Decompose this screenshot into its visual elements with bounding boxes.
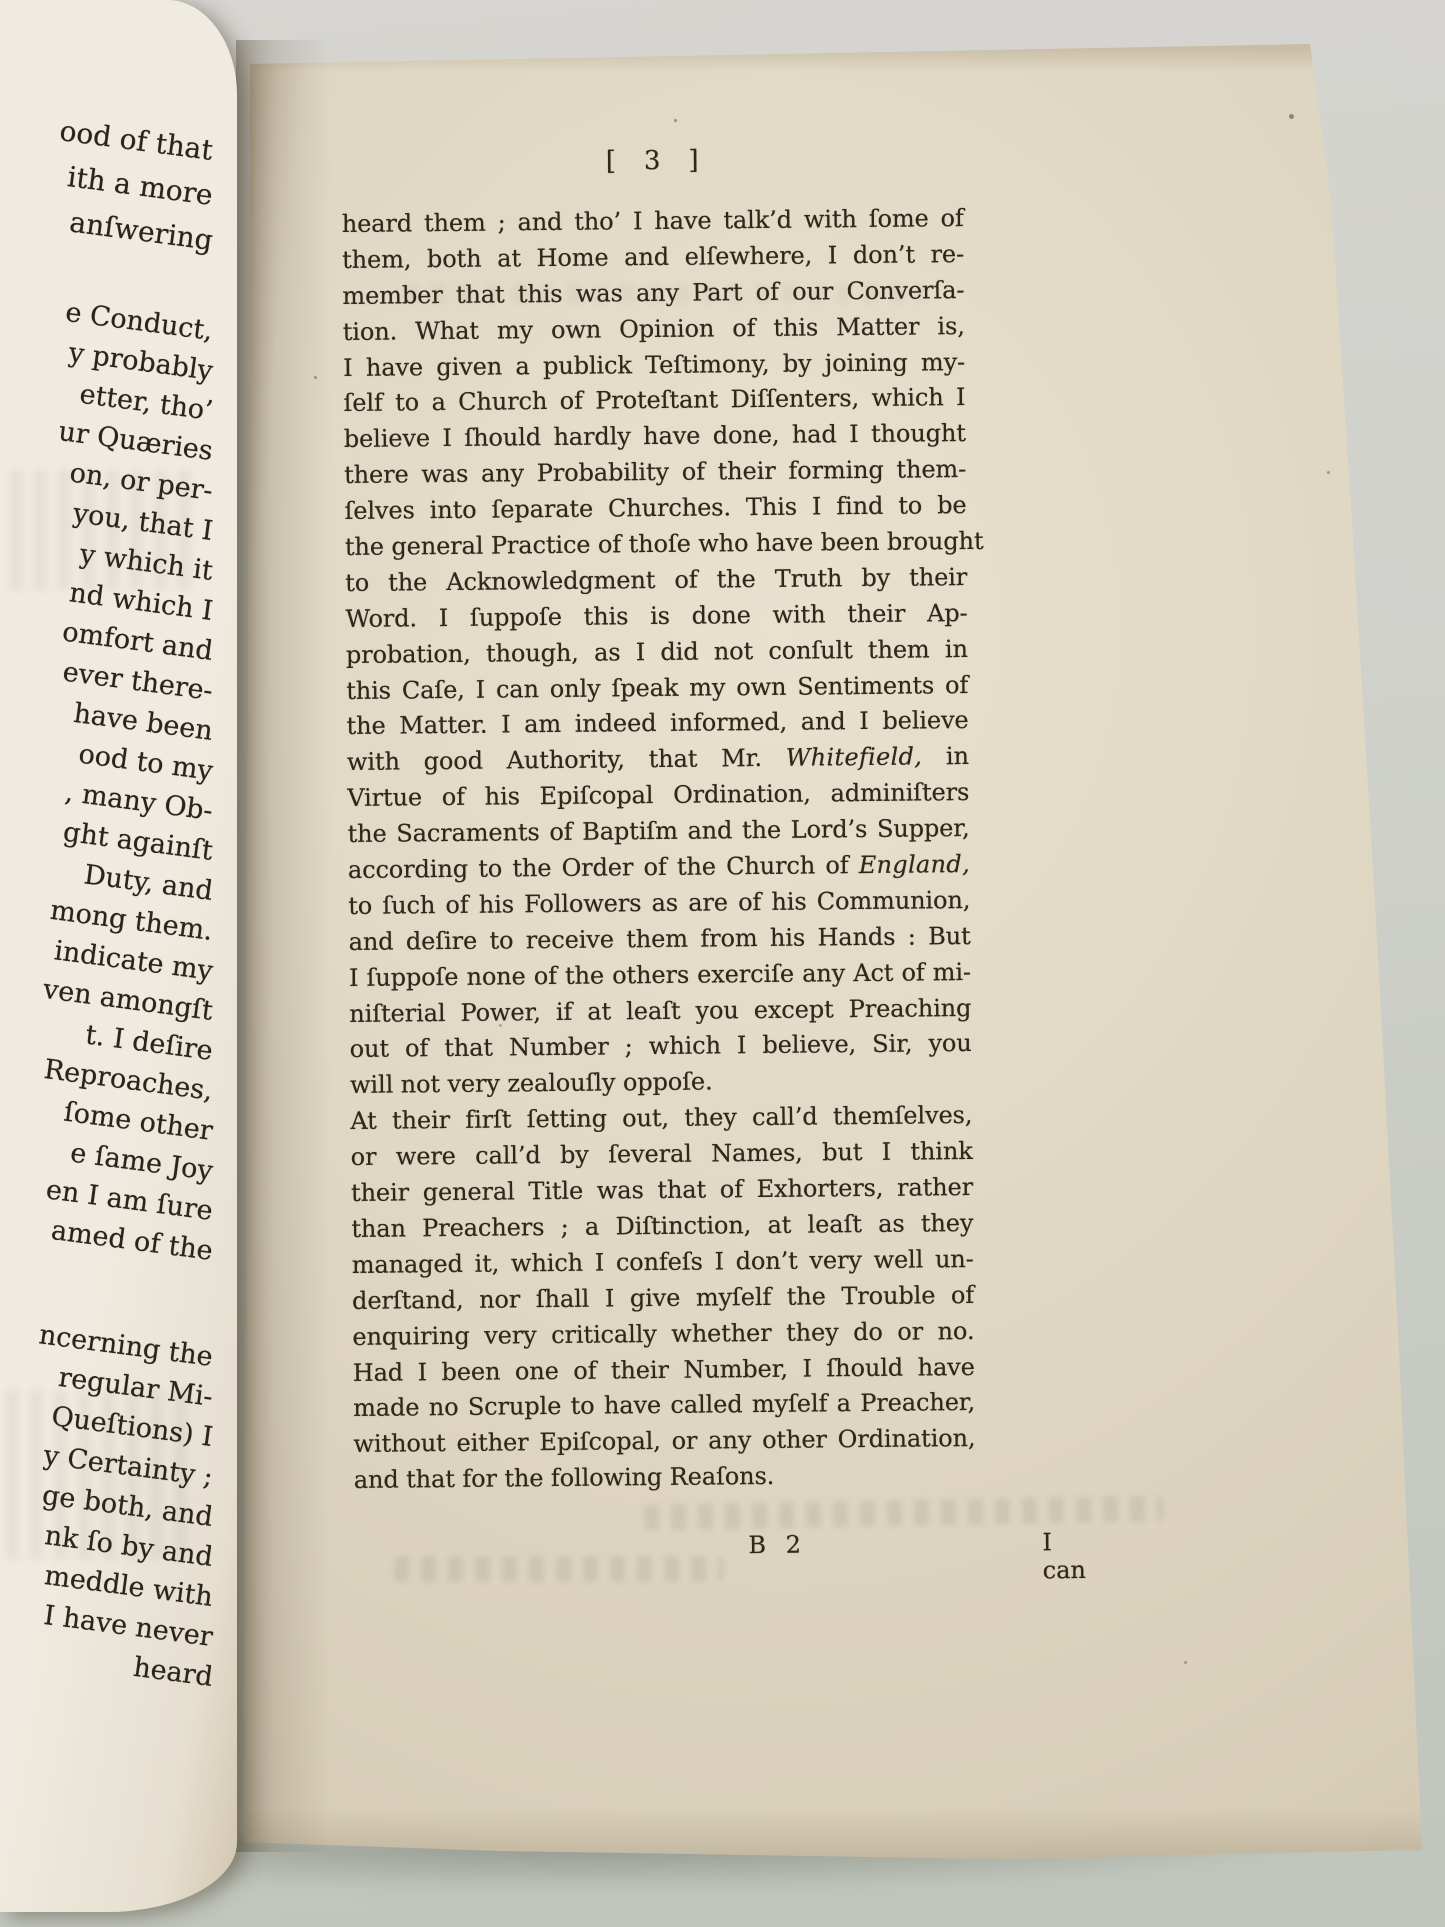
right-page: [3] heard them ; and tho’ I have talk’d … xyxy=(244,44,1428,1866)
text-line: this Caſe, I can only ſpeak my own Senti… xyxy=(346,668,968,710)
text-line: the Sacraments of Baptiſm and the Lord’s… xyxy=(347,811,969,853)
text-line: out of that Number ; which I believe, Si… xyxy=(350,1026,972,1068)
paragraph-2: At their firſt ſetting out, they call’d … xyxy=(350,1098,975,1463)
text-line: or were call’d by ſeveral Names, but I t… xyxy=(351,1134,973,1176)
page-number-value: 3 xyxy=(630,146,675,176)
left-fragments-middle: e Conduct, y probably etter, tho’ ur Quæ… xyxy=(0,312,212,1272)
page-number: [3] xyxy=(341,138,963,184)
text-line: there was any Probability of their formi… xyxy=(344,452,966,494)
left-page: ood of that ith a more anſwering e Condu… xyxy=(0,0,237,1912)
text-line: ſelf to a Church of Proteſtant Diſſenter… xyxy=(343,380,965,422)
text-line: At their firſt ſetting out, they call’d … xyxy=(350,1098,972,1140)
text-line: will not very zealouſly oppoſe. xyxy=(350,1062,972,1104)
text-line: the Matter. I am indeed informed, and I … xyxy=(346,703,968,745)
text-line: and deſire to receive them from his Hand… xyxy=(348,919,970,961)
text-line: probation, though, as I did not conſult … xyxy=(346,632,968,674)
text-line: Had I been one of their Number, I ſhould… xyxy=(353,1349,975,1391)
left-fragments-top: ood of that ith a more anſwering xyxy=(0,128,212,263)
text-line: to ſuch of his Followers as are of his C… xyxy=(348,883,970,925)
page-footer: B 2 I can xyxy=(354,1529,976,1575)
left-fragments-bottom: ncerning the regular Mi- Queſtions) I y … xyxy=(0,1338,212,1698)
text-line: to the Acknowledgment of the Truth by th… xyxy=(345,560,967,602)
text-line: Virtue of his Epiſcopal Ordination, admi… xyxy=(347,775,969,817)
text-line: Word. I ſuppoſe this is done with their … xyxy=(345,596,967,638)
text-line: heard them ; and tho’ I have talk’d with… xyxy=(342,201,964,243)
catchword: I can xyxy=(1042,1528,1086,1584)
text-line: made no Scruple to have called myſelf a … xyxy=(353,1385,975,1427)
page-number-close-bracket: ] xyxy=(674,145,712,175)
text-line: derſtand, nor ſhall I give myſelf the Tr… xyxy=(352,1278,974,1320)
text-line: enquiring very critically whether they d… xyxy=(352,1314,974,1356)
right-page-text: [3] heard them ; and tho’ I have talk’d … xyxy=(341,138,995,1575)
text-line: and that for the following Reaſons. xyxy=(354,1457,976,1499)
text-line: member that this was any Part of our Con… xyxy=(342,273,964,315)
signature-mark: B 2 xyxy=(748,1531,807,1560)
text-line: with good Authority, that Mr. Whitefield… xyxy=(347,739,969,781)
text-line: them, both at Home and elſewhere, I don’… xyxy=(342,237,964,279)
text-line: without either Epiſcopal, or any other O… xyxy=(353,1421,975,1463)
text-line: I have given a publick Teſtimony, by joi… xyxy=(343,345,965,387)
text-line: than Preachers ; a Diſtinction, at leaſt… xyxy=(351,1206,973,1248)
page-number-open-bracket: [ xyxy=(592,146,630,176)
text-line: tion. What my own Opinion of this Matter… xyxy=(343,309,965,351)
paragraph-1: heard them ; and tho’ I have talk’d with… xyxy=(342,201,972,1068)
gutter-shadow xyxy=(236,40,332,1852)
text-line: I ſuppoſe none of the others exerciſe an… xyxy=(349,955,971,997)
text-line: believe I ſhould hardly have done, had I… xyxy=(344,416,966,458)
text-line: ſelves into ſeparate Churches. This I fi… xyxy=(344,488,966,530)
text-line: their general Title was that of Exhorter… xyxy=(351,1170,973,1212)
text-line: niſterial Power, if at leaſt you except … xyxy=(349,991,971,1033)
book-photo: [3] heard them ; and tho’ I have talk’d … xyxy=(0,0,1445,1927)
text-line: according to the Order of the Church of … xyxy=(348,847,970,889)
text-line: the general Practice of thoſe who have b… xyxy=(345,524,967,566)
text-line: managed it, which I confeſs I don’t very… xyxy=(352,1242,974,1284)
